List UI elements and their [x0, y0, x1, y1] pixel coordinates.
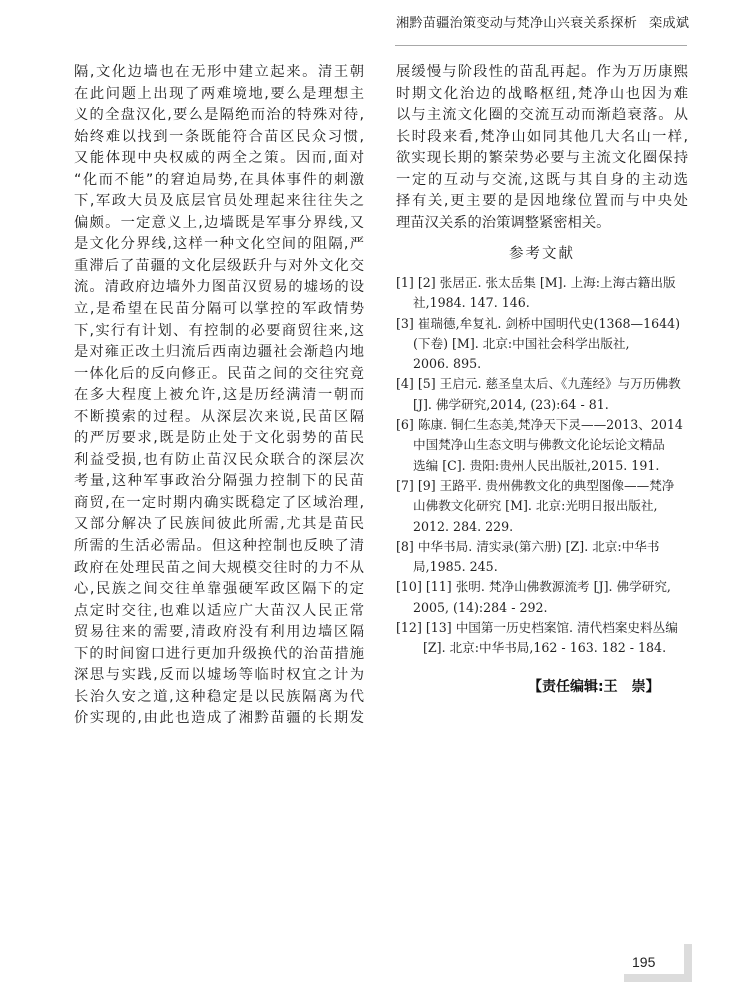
text-line: 贸易往来的需要,清政府没有利用边墙区隔: [74, 622, 364, 644]
reference-line: [3] 崔瑞德,牟复礼. 剑桥中国明代史(1368—1644): [396, 314, 688, 334]
reference-line: 社,1984. 147. 146.: [396, 293, 688, 313]
text-line: 不断摸索的过程。从深层次来说,民苗区隔: [74, 407, 364, 429]
right-column-body: 展缓慢与阶段性的苗乱再起。作为万历康熙 时期文化治边的战略枢纽,梵净山也因为难 …: [396, 62, 688, 234]
reference-item: [10] [11] 张明. 梵净山佛教源流考 [J]. 佛学研究, 2005, …: [396, 577, 688, 618]
reference-item: [7] [9] 王路平. 贵州佛教文化的典型图像——梵净 山佛教文化研究 [M]…: [396, 476, 688, 537]
reference-line: 2012. 284. 229.: [396, 517, 688, 537]
text-line: “化而不能”的窘迫局势,在具体事件的刺激: [74, 170, 364, 192]
text-line: 流。清政府边墙外力图苗汉贸易的墟场的设: [74, 277, 364, 299]
header-rule: [395, 45, 687, 46]
text-line: 在此问题上出现了两难境地,要么是理想主: [74, 84, 364, 106]
text-line: 商贸,在一定时期内确实既稳定了区域治理,: [74, 493, 364, 515]
reference-line: [10] [11] 张明. 梵净山佛教源流考 [J]. 佛学研究,: [396, 577, 688, 597]
text-line: 下,实行有计划、有控制的必要商贸往来,这: [74, 321, 364, 343]
reference-item: [3] 崔瑞德,牟复礼. 剑桥中国明代史(1368—1644) (下卷) [M]…: [396, 314, 688, 375]
text-line: 点定时交往,也难以适应广大苗汉人民正常: [74, 601, 364, 623]
references-list: [1] [2] 张居正. 张太岳集 [M]. 上海:上海古籍出版 社,1984.…: [396, 273, 688, 659]
text-line: 下,军政大员及底层官员处理起来往往失之: [74, 191, 364, 213]
text-line: 欲实现长期的繁荣势必要与主流文化圈保持: [396, 148, 688, 170]
text-line: 义的全盘汉化,要么是隔绝而治的特殊对待,: [74, 105, 364, 127]
text-line: 隔,文化边墙也在无形中建立起来。清王朝: [74, 62, 364, 84]
reference-line: 选编 [C]. 贵阳:贵州人民出版社,2015. 191.: [396, 456, 688, 476]
text-line: 在多大程度上被允许,这是历经满清一朝而: [74, 385, 364, 407]
text-line: 理苗汉关系的治策调整紧密相关。: [396, 213, 688, 235]
text-line: 深思与实践,反而以墟场等临时权宜之计为: [74, 665, 364, 687]
reference-line: [4] [5] 王启元. 慈圣皇太后、《九莲经》与万历佛教: [396, 374, 688, 394]
responsible-editor-note: 【责任编辑:王 崇】: [528, 676, 660, 696]
text-line: 偏颇。一定意义上,边墙既是军事分界线,又: [74, 213, 364, 235]
text-line: 又部分解决了民族间彼此所需,尤其是苗民: [74, 514, 364, 536]
reference-line: [1] [2] 张居正. 张太岳集 [M]. 上海:上海古籍出版: [396, 273, 688, 293]
reference-item: [12] [13] 中国第一历史档案馆. 清代档案史料丛编 [Z]. 北京:中华…: [396, 618, 688, 659]
page-number: 195: [632, 954, 655, 970]
text-line: 立,是希望在民苗分隔可以掌控的军政情势: [74, 299, 364, 321]
reference-item: [8] 中华书局. 清实录(第六册) [Z]. 北京:中华书 局,1985. 2…: [396, 537, 688, 578]
text-line: 始终难以找到一条既能符合苗区民众习惯,: [74, 127, 364, 149]
reference-line: [7] [9] 王路平. 贵州佛教文化的典型图像——梵净: [396, 476, 688, 496]
text-line: 是文化分界线,这样一种文化空间的阻隔,严: [74, 234, 364, 256]
reference-line: [J]. 佛学研究,2014, (23):64 - 81.: [396, 395, 688, 415]
running-header-author: 栾成斌: [649, 16, 689, 31]
text-line: 是对雍正改土归流后西南边疆社会渐趋内地: [74, 342, 364, 364]
reference-item: [6] 陈康. 铜仁生态美,梵净天下灵——2013、2014 中国梵净山生态文明…: [396, 415, 688, 476]
text-line: 重滞后了苗疆的文化层级跃升与对外文化交: [74, 256, 364, 278]
reference-line: 2005, (14):284 - 292.: [396, 598, 688, 618]
left-column-body: 隔,文化边墙也在无形中建立起来。清王朝 在此问题上出现了两难境地,要么是理想主 …: [74, 62, 364, 730]
text-line: 择有关,更主要的是因地缘位置而与中央处: [396, 191, 688, 213]
reference-line: [Z]. 北京:中华书局,162 - 163. 182 - 184.: [396, 638, 688, 658]
reference-line: 中国梵净山生态文明与佛教文化论坛论文精品: [396, 435, 688, 455]
references-heading: 参考文献: [396, 242, 688, 263]
text-line: 所需的生活必需品。但这种控制也反映了清: [74, 536, 364, 558]
reference-item: [1] [2] 张居正. 张太岳集 [M]. 上海:上海古籍出版 社,1984.…: [396, 273, 688, 314]
text-line: 时期文化治边的战略枢纽,梵净山也因为难: [396, 84, 688, 106]
running-header: 湘黔苗疆治策变动与梵净山兴衰关系探析栾成斌: [396, 12, 688, 31]
text-line: 一定的互动与交流,这既与其自身的主动选: [396, 170, 688, 192]
text-line: 价实现的,由此也造成了湘黔苗疆的长期发: [74, 708, 364, 730]
text-line: 心,民族之间交往单靠强硬军政区隔下的定: [74, 579, 364, 601]
text-line: 展缓慢与阶段性的苗乱再起。作为万历康熙: [396, 62, 688, 84]
reference-line: [12] [13] 中国第一历史档案馆. 清代档案史料丛编: [396, 618, 688, 638]
reference-line: 2006. 895.: [396, 354, 688, 374]
text-line: 一体化后的反向修正。民苗之间的交往究竟: [74, 364, 364, 386]
reference-line: [6] 陈康. 铜仁生态美,梵净天下灵——2013、2014: [396, 415, 688, 435]
reference-line: (下卷) [M]. 北京:中国社会科学出版社,: [396, 334, 688, 354]
reference-line: 山佛教文化研究 [M]. 北京:光明日报出版社,: [396, 496, 688, 516]
reference-line: [8] 中华书局. 清实录(第六册) [Z]. 北京:中华书: [396, 537, 688, 557]
text-line: 又能体现中央权威的两全之策。因而,面对: [74, 148, 364, 170]
text-line: 长治久安之道,这种稳定是以民族隔离为代: [74, 687, 364, 709]
text-line: 的严厉要求,既是防止处于文化弱势的苗民: [74, 428, 364, 450]
text-line: 考量,这种军事政治分隔强力控制下的民苗: [74, 471, 364, 493]
running-header-title: 湘黔苗疆治策变动与梵净山兴衰关系探析: [396, 16, 637, 31]
text-line: 长时段来看,梵净山如同其他几大名山一样,: [396, 127, 688, 149]
text-line: 下的时间窗口进行更加升级换代的治苗措施: [74, 644, 364, 666]
text-line: 政府在处理民苗之间大规模交往时的力不从: [74, 558, 364, 580]
text-line: 以与主流文化圈的交流互动而渐趋衰落。从: [396, 105, 688, 127]
reference-line: 局,1985. 245.: [396, 557, 688, 577]
text-line: 利益受损,也有防止苗汉民众联合的深层次: [74, 450, 364, 472]
reference-item: [4] [5] 王启元. 慈圣皇太后、《九莲经》与万历佛教 [J]. 佛学研究,…: [396, 374, 688, 415]
